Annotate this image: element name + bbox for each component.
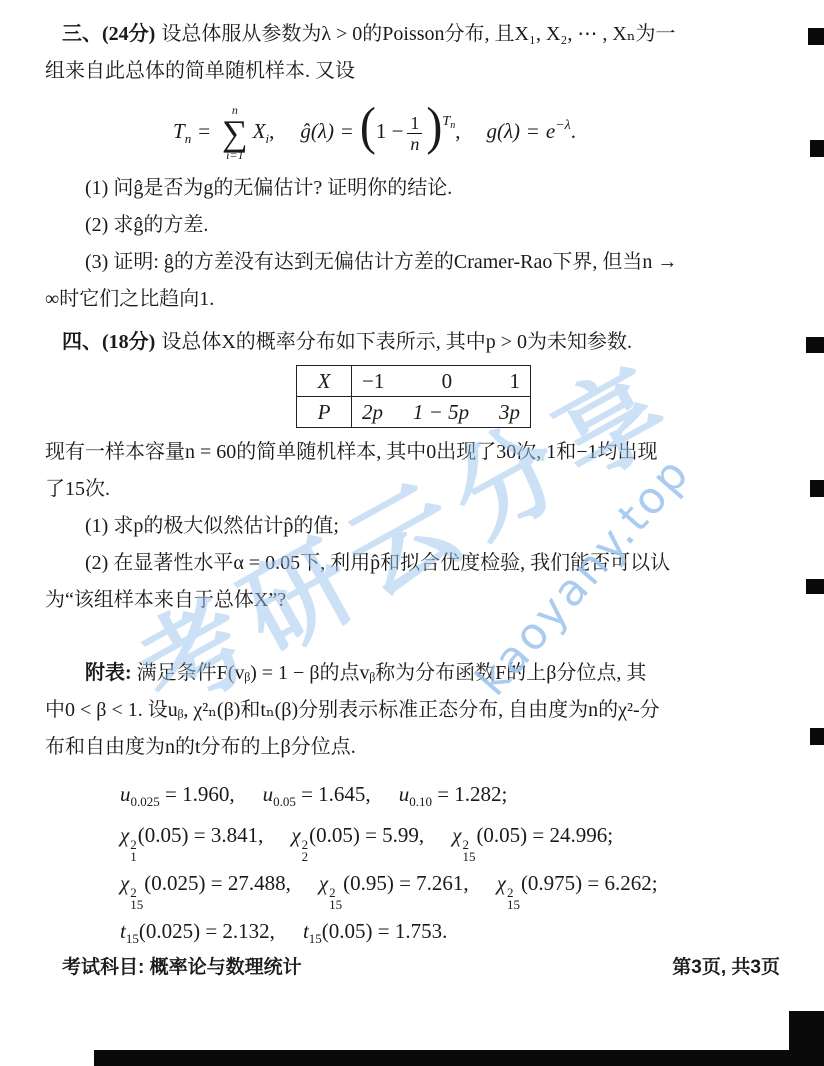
scan-mark-3 — [806, 337, 824, 353]
quantile-term: χ215(0.05) = 24.996; — [452, 823, 613, 847]
quantile-term: u0.05 = 1.645, — [263, 782, 371, 806]
scan-mark-2 — [810, 140, 824, 157]
problem-4-item-2: (2) 在显著性水平α = 0.05下, 利用p̂和拟合优度检验, 我们能否可以… — [45, 545, 782, 582]
exam-page: 三、(24分)设总体服从参数为λ > 0的Poisson分布, 且X₁, X₂,… — [0, 0, 824, 1066]
problem-3-item-2: (2) 求ĝ的方差. — [45, 207, 782, 244]
problem-3-heading-line: 三、(24分)设总体服从参数为λ > 0的Poisson分布, 且X₁, X₂,… — [45, 16, 782, 53]
summation-symbol: n∑i=1 — [222, 104, 248, 162]
sample-description-line-1: 现有一样本容量n = 60的简单随机样本, 其中0出现了30次, 1和−1均出现 — [45, 434, 782, 471]
p-value-1: 2p — [362, 399, 383, 425]
quantile-term: u0.025 = 1.960, — [120, 782, 235, 806]
g-hat-estimator: ĝ(λ) — [300, 119, 334, 143]
g-function: g(λ) — [486, 119, 520, 143]
x-value-2: 0 — [442, 368, 453, 394]
quantile-line: t15(0.025) = 2.132,t15(0.05) = 1.753. — [120, 911, 782, 952]
quantile-term: χ215(0.975) = 6.262; — [497, 871, 658, 895]
problem-3-item-1: (1) 问ĝ是否为g的无偏估计? 证明你的结论. — [45, 170, 782, 207]
problem-4-heading-line: 四、(18分)设总体X的概率分布如下表所示, 其中p > 0为未知参数. — [45, 324, 782, 361]
tn-symbol: T — [173, 119, 185, 143]
footer: 考试科目: 概率论与数理统计 第3页, 共3页 — [62, 952, 780, 979]
problem-4-intro: 设总体X的概率分布如下表所示, 其中p > 0为未知参数. — [161, 331, 632, 353]
table-row-x: X −101 — [297, 366, 531, 397]
quantile-line: χ215(0.025) = 27.488,χ215(0.95) = 7.261,… — [120, 863, 782, 911]
quantile-term: χ215(0.95) = 7.261, — [319, 871, 469, 895]
appendix-label: 附表: — [85, 662, 132, 684]
p-value-3: 3p — [499, 399, 520, 425]
problem-3-number: 三、 — [62, 23, 102, 45]
scan-mark-1 — [808, 28, 824, 45]
scan-mark-4 — [810, 480, 824, 497]
fraction-one-over-n: 1n — [407, 113, 422, 154]
scan-mark-6 — [810, 728, 824, 745]
footer-page-number: 第3页, 共3页 — [672, 952, 780, 979]
problem-3-intro-line-2: 组来自此总体的简单随机样本. 又设 — [45, 53, 782, 90]
problem-3-points: (24分) — [102, 23, 155, 45]
quantile-term: χ22(0.05) = 5.99, — [291, 823, 424, 847]
appendix-intro-line-3: 布和自由度为n的t分布的上β分位点. — [45, 729, 782, 766]
p-value-2: 1 − 5p — [413, 399, 469, 425]
appendix-intro-line-1: 附表: 满足条件F(vᵦ) = 1 − β的点vᵦ称为分布函数F的上β分位点, … — [45, 655, 782, 692]
scan-mark-5 — [806, 579, 824, 594]
quantile-term: χ215(0.025) = 27.488, — [120, 871, 291, 895]
x-value-3: 1 — [510, 368, 521, 394]
table-header-p: P — [297, 397, 352, 428]
problem-3-item-3-cont: ∞时它们之比趋向1. — [45, 281, 782, 318]
sample-description-line-2: 了15次. — [45, 471, 782, 508]
problem-4-number: 四、 — [62, 331, 102, 353]
quantile-term: χ21(0.05) = 3.841, — [120, 823, 263, 847]
poisson-formula: Tn=n∑i=1Xi,ĝ(λ)=(1 −1n)Tn,g(λ)=e−λ. — [173, 94, 782, 158]
problem-4-item-1: (1) 求p的极大似然估计p̂的值; — [45, 508, 782, 545]
quantile-block: u0.025 = 1.960,u0.05 = 1.645,u0.10 = 1.2… — [45, 774, 782, 952]
problem-3-intro-line-1: 设总体服从参数为λ > 0的Poisson分布, 且X₁, X₂, ⋯ , Xₙ… — [161, 23, 675, 45]
table-row-p: P 2p1 − 5p3p — [297, 397, 531, 428]
appendix-intro-line-2: 中0 < β < 1. 设uᵦ, χ²ₙ(β)和tₙ(β)分别表示标准正态分布,… — [45, 692, 782, 729]
problem-4-points: (18分) — [102, 331, 155, 353]
quantile-term: t15(0.05) = 1.753. — [303, 919, 447, 943]
quantile-term: t15(0.025) = 2.132, — [120, 919, 275, 943]
problem-4-item-2-cont: 为“该组样本来自于总体X”? — [45, 582, 782, 619]
quantile-line: χ21(0.05) = 3.841,χ22(0.05) = 5.99,χ215(… — [120, 815, 782, 863]
x-value-1: −1 — [362, 368, 384, 394]
quantile-term: u0.10 = 1.282; — [399, 782, 508, 806]
distribution-table: X −101 P 2p1 − 5p3p — [296, 365, 531, 428]
scan-bottom-bar — [94, 1050, 824, 1066]
quantile-line: u0.025 = 1.960,u0.05 = 1.645,u0.10 = 1.2… — [120, 774, 782, 815]
exponent-tn: Tn — [442, 122, 455, 126]
footer-subject: 考试科目: 概率论与数理统计 — [62, 952, 302, 979]
table-header-x: X — [297, 366, 352, 397]
problem-3-item-3: (3) 证明: ĝ的方差没有达到无偏估计方差的Cramer-Rao下界, 但当n… — [45, 244, 782, 281]
